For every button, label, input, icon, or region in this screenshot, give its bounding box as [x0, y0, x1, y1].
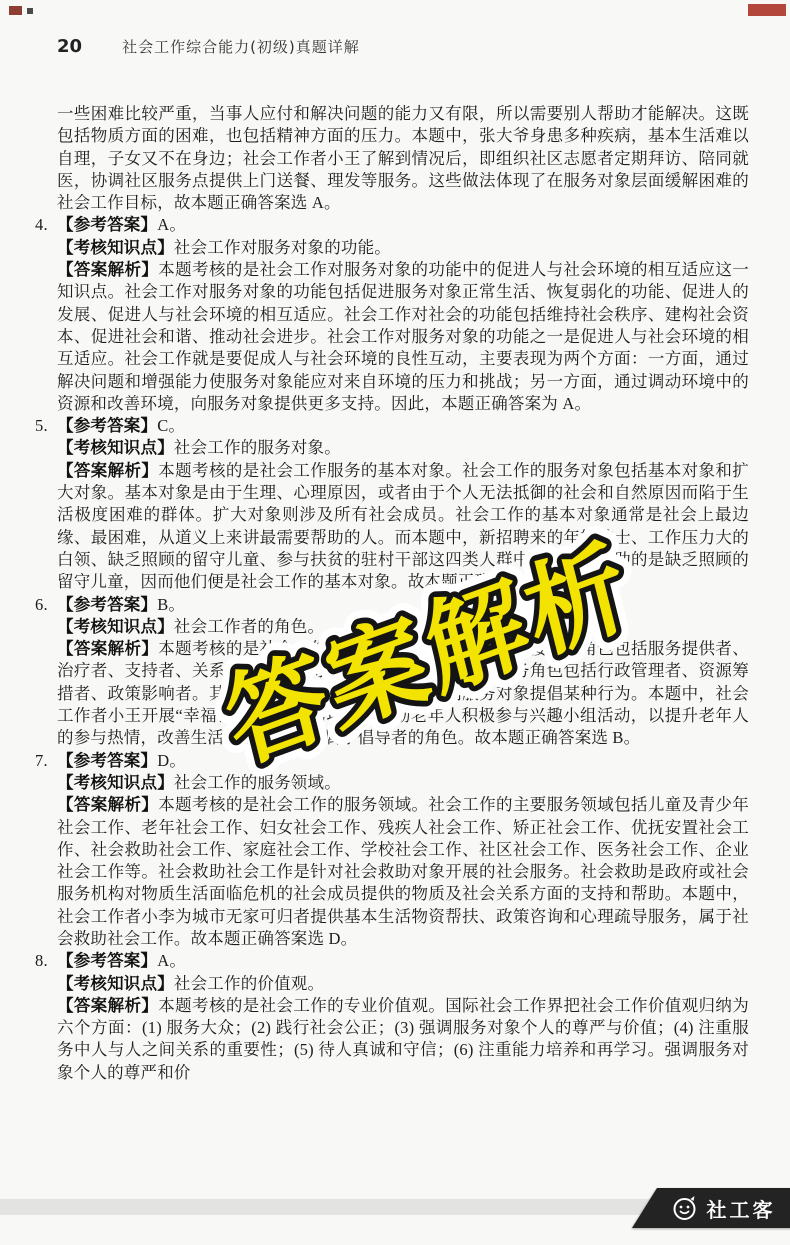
item-number: 4.: [35, 214, 48, 236]
analysis-label: 【答案解析】: [57, 461, 158, 480]
intro-paragraph: 一些困难比较严重，当事人应付和解决问题的能力又有限，所以需要别人帮助才能解决。这…: [57, 103, 749, 214]
point-value: 社会工作的价值观。: [174, 974, 324, 993]
answer-label: 【参考答案】: [57, 951, 157, 970]
point-label: 【考核知识点】: [57, 617, 174, 636]
analysis-paragraph: 【答案解析】本题考核的是社会工作的专业价值观。国际社会工作界把社会工作价值观归纳…: [57, 995, 749, 1084]
item-number: 6.: [35, 594, 48, 616]
analysis-text: 本题考核的是社会工作服务的基本对象。社会工作的服务对象包括基本对象和扩大对象。基…: [57, 461, 749, 591]
point-value: 社会工作的服务对象。: [174, 438, 341, 457]
point-value: 社会工作者的角色。: [174, 617, 324, 636]
analysis-text: 本题考核的是社会工作者的角色。社会工作者的直接服务角色包括服务提供者、治疗者、支…: [57, 639, 749, 747]
scan-mark-top-right-red: [748, 4, 786, 16]
point-line: 【考核知识点】社会工作的服务领域。: [57, 772, 749, 794]
point-label: 【考核知识点】: [57, 773, 174, 792]
question-item-4: 4. 【参考答案】A。 【考核知识点】社会工作对服务对象的功能。 【答案解析】本…: [57, 214, 749, 415]
answer-label: 【参考答案】: [57, 751, 157, 770]
answer-line: 【参考答案】C。: [57, 415, 749, 437]
answer-label: 【参考答案】: [57, 215, 157, 234]
analysis-text: 本题考核的是社会工作对服务对象的功能中的促进人与社会环境的相互适应这一知识点。社…: [57, 260, 749, 413]
item-number: 7.: [35, 750, 48, 772]
answer-label: 【参考答案】: [57, 416, 157, 435]
analysis-label: 【答案解析】: [57, 996, 158, 1015]
brand-ribbon: 社工客: [632, 1188, 790, 1228]
answer-value: A。: [157, 951, 186, 970]
question-item-7: 7. 【参考答案】D。 【考核知识点】社会工作的服务领域。 【答案解析】本题考核…: [57, 750, 749, 951]
item-number: 5.: [35, 415, 48, 437]
analysis-text: 本题考核的是社会工作的服务领域。社会工作的主要服务领域包括儿童及青少年社会工作、…: [57, 795, 749, 948]
analysis-paragraph: 【答案解析】本题考核的是社会工作对服务对象的功能中的促进人与社会环境的相互适应这…: [57, 259, 749, 415]
answer-line: 【参考答案】A。: [57, 950, 749, 972]
point-value: 社会工作对服务对象的功能。: [174, 238, 391, 257]
point-label: 【考核知识点】: [57, 238, 174, 257]
scan-mark-top-left-dark: [27, 8, 33, 14]
item-number: 8.: [35, 950, 48, 972]
question-item-8: 8. 【参考答案】A。 【考核知识点】社会工作的价值观。 【答案解析】本题考核的…: [57, 950, 749, 1084]
answer-value: B。: [157, 595, 185, 614]
point-label: 【考核知识点】: [57, 974, 174, 993]
analysis-label: 【答案解析】: [57, 795, 158, 814]
analysis-label: 【答案解析】: [57, 260, 158, 279]
answer-value: A。: [157, 215, 186, 234]
brand-ribbon-content: 社工客: [644, 1188, 790, 1228]
answer-line: 【参考答案】A。: [57, 214, 749, 236]
question-item-5: 5. 【参考答案】C。 【考核知识点】社会工作的服务对象。 【答案解析】本题考核…: [57, 415, 749, 593]
answer-value: C。: [157, 416, 185, 435]
answer-value: D。: [157, 751, 186, 770]
analysis-label: 【答案解析】: [57, 639, 158, 658]
answer-label: 【参考答案】: [57, 595, 157, 614]
point-value: 社会工作的服务领域。: [174, 773, 341, 792]
analysis-paragraph: 【答案解析】本题考核的是社会工作的服务领域。社会工作的主要服务领域包括儿童及青少…: [57, 794, 749, 950]
page-number: 20: [57, 36, 82, 57]
sgk-smiley-logo-icon: [670, 1194, 698, 1222]
scan-mark-top-left-red: [9, 6, 22, 15]
answer-explanations: 一些困难比较严重，当事人应付和解决问题的能力又有限，所以需要别人帮助才能解决。这…: [57, 103, 749, 1084]
brand-name: 社工客: [706, 1194, 775, 1223]
point-line: 【考核知识点】社会工作的服务对象。: [57, 437, 749, 459]
question-item-6: 6. 【参考答案】B。 【考核知识点】社会工作者的角色。 【答案解析】本题考核的…: [57, 594, 749, 750]
answer-line: 【参考答案】D。: [57, 750, 749, 772]
analysis-paragraph: 【答案解析】本题考核的是社会工作服务的基本对象。社会工作的服务对象包括基本对象和…: [57, 460, 749, 594]
analysis-paragraph: 【答案解析】本题考核的是社会工作者的角色。社会工作者的直接服务角色包括服务提供者…: [57, 638, 749, 749]
page-header: 20 社会工作综合能力(初级)真题详解: [57, 36, 360, 57]
point-line: 【考核知识点】社会工作的价值观。: [57, 973, 749, 995]
analysis-text: 本题考核的是社会工作的专业价值观。国际社会工作界把社会工作价值观归纳为六个方面：…: [57, 996, 749, 1082]
answer-line: 【参考答案】B。: [57, 594, 749, 616]
scanned-page: 20 社会工作综合能力(初级)真题详解 一些困难比较严重，当事人应付和解决问题的…: [0, 0, 790, 1245]
point-label: 【考核知识点】: [57, 438, 174, 457]
point-line: 【考核知识点】社会工作者的角色。: [57, 616, 749, 638]
book-title: 社会工作综合能力(初级)真题详解: [122, 36, 360, 57]
point-line: 【考核知识点】社会工作对服务对象的功能。: [57, 237, 749, 259]
